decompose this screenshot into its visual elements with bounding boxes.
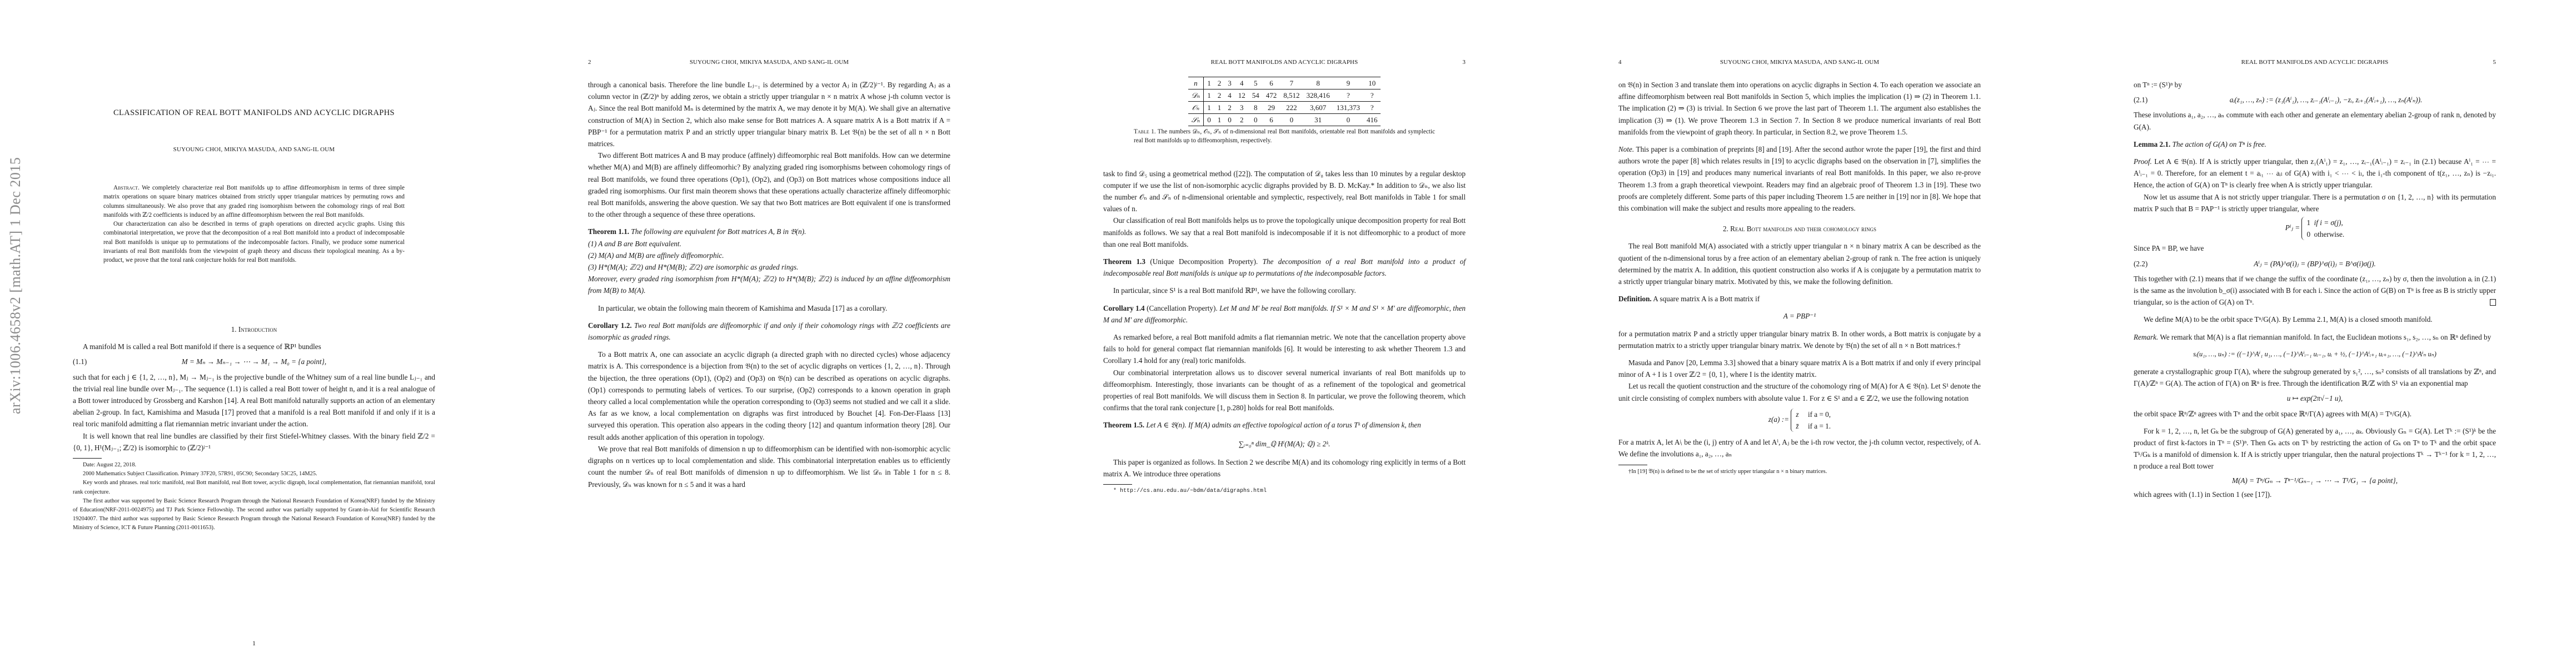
table-cell: 4 <box>1235 77 1249 89</box>
table-cell: 0 <box>1333 114 1363 126</box>
table-cell: 8 <box>1249 102 1263 114</box>
paragraph: Since PA = BP, we have <box>2134 242 2496 254</box>
corollary-label: Corollary 1.2. <box>588 321 632 330</box>
table-row-label: 𝒪ₙ <box>1188 102 1204 114</box>
table-cell: 222 <box>1280 102 1303 114</box>
table-caption: Table 1. The numbers 𝒟ₙ, 𝒪ₙ, 𝒮ₙ of n-dim… <box>1134 127 1435 146</box>
page-1: arXiv:1006.4658v2 [math.AT] 1 Dec 2015 C… <box>0 0 515 667</box>
definition-statement: A square matrix A is a Bott matrix if <box>1653 295 1760 303</box>
case-value: 1 <box>2306 218 2310 227</box>
theorem-name: (Unique Decomposition Property). <box>1150 257 1258 266</box>
theorem-1-1: Theorem 1.1. The following are equivalen… <box>588 226 950 237</box>
cases-brace: 1 if i = σ(j), 0 otherwise. <box>2301 217 2344 240</box>
table-cell: 0 <box>1280 114 1303 126</box>
paragraph: on Tⁿ := (S¹)ⁿ by <box>2134 79 2496 91</box>
footnote-divider <box>1103 484 1132 485</box>
table-cell: 10 <box>1363 77 1381 89</box>
remark-equation: sᵢ(u₁, …, uₙ) := ((−1)^Aⁱ₁ u₁, …, (−1)^A… <box>2134 349 2496 360</box>
theorem-1-3: Theorem 1.3 (Unique Decomposition Proper… <box>1103 256 1466 279</box>
footnotes: Date: August 22, 2018. 2000 Mathematics … <box>73 461 435 533</box>
table-caption-text: The numbers 𝒟ₙ, 𝒪ₙ, 𝒮ₙ of n-dimensional … <box>1134 128 1435 144</box>
table-row-label: 𝒟ₙ <box>1188 89 1204 102</box>
paragraph: This paper is organized as follows. In S… <box>1103 456 1466 480</box>
remark-label: Remark. <box>2134 333 2158 341</box>
corollary-1-4: Corollary 1.4 (Cancellation Property). L… <box>1103 302 1466 326</box>
section-heading-introduction: 1. Introduction <box>73 323 435 335</box>
paragraph: Two different Bott matrices A and B may … <box>588 150 950 220</box>
theorem-1-5: Theorem 1.5. Let A ∈ 𝔅(n). If M(A) admit… <box>1103 419 1466 431</box>
page-3: REAL BOTT MANIFOLDS AND ACYCLIC DIGRAPHS… <box>1030 0 1546 667</box>
arxiv-stamp[interactable]: arXiv:1006.4658v2 [math.AT] 1 Dec 2015 <box>7 136 24 414</box>
page-5-body: on Tⁿ := (S¹)ⁿ by (2.1) aᵢ(z₁, …, zₙ) :=… <box>2134 79 2496 500</box>
lemma-statement: The action of G(A) on Tⁿ is free. <box>2173 140 2266 148</box>
table-cell: 1 <box>1204 77 1214 89</box>
footnote: †In [19] 𝔅(n) is defined to be the set o… <box>1618 467 1981 476</box>
paper-authors: SUYOUNG CHOI, MIKIYA MASUDA, AND SANG-IL… <box>73 146 435 153</box>
case-value: 0 <box>2306 230 2310 238</box>
abstract-paragraph-2: Our characterization can also be describ… <box>103 220 405 265</box>
cases-equation: z(a) := z if a = 0, z̄ if a = 1. <box>1618 409 1981 432</box>
paragraph: We prove that real Bott manifolds of dim… <box>588 443 950 490</box>
definition-equation: A = PBP⁻¹ <box>1618 310 1981 322</box>
definition: Definition. A square matrix A is a Bott … <box>1618 293 1981 305</box>
paragraph: Our combinatorial interpretation allows … <box>1103 367 1466 414</box>
paragraph: for a permutation matrix P and a strictl… <box>1618 328 1981 351</box>
paragraph: Let us recall the quotient construction … <box>1618 380 1981 404</box>
paragraph: These involutions a₁, a₂, …, aₙ commute … <box>2134 109 2496 132</box>
abstract-label: Abstract. <box>113 185 139 191</box>
page-4: 4 SUYOUNG CHOI, MIKIYA MASUDA, AND SANG-… <box>1546 0 2061 667</box>
equation-label: (2.1) <box>2134 94 2148 106</box>
table-cell: 9 <box>1333 77 1363 89</box>
paragraph: As remarked before, a real Bott manifold… <box>1103 331 1466 367</box>
table-cell: 31 <box>1303 114 1333 126</box>
equation-1-1: (1.1) M = Mₙ → Mₙ₋₁ → ⋯ → M₁ → M₀ = {a p… <box>73 356 435 367</box>
paragraph: Now let us assume that A is not strictly… <box>2134 191 2496 215</box>
table-cell: 12 <box>1235 89 1249 102</box>
paragraph: We define M(A) to be the orbit space Tⁿ/… <box>2134 313 2496 325</box>
lemma-2-1: Lemma 2.1. The action of G(A) on Tⁿ is f… <box>2134 138 2496 150</box>
theorem-label: Theorem 1.1. <box>588 227 629 236</box>
table-cell: 5 <box>1249 77 1263 89</box>
table-cell: ? <box>1363 102 1381 114</box>
paragraph-text: This together with (2.1) means that if w… <box>2134 275 2496 306</box>
page-2: 2 SUYOUNG CHOI, MIKIYA MASUDA, AND SANG-… <box>515 0 1030 667</box>
case-condition: otherwise. <box>2314 230 2345 238</box>
case-value: z <box>1796 410 1798 419</box>
corollary-statement: Two real Bott manifolds are diffeomorphi… <box>588 321 950 341</box>
intro-body: 1. Introduction A manifold M is called a… <box>73 323 435 533</box>
qed-square-icon <box>2490 299 2496 306</box>
table-cell: 472 <box>1263 89 1280 102</box>
table-cell: 2 <box>1235 114 1249 126</box>
table-caption-label: Table 1. <box>1134 128 1156 135</box>
paragraph: which agrees with (1.1) in Section 1 (se… <box>2134 489 2496 500</box>
table-cell: 3,607 <box>1303 102 1333 114</box>
running-title: SUYOUNG CHOI, MIKIYA MASUDA, AND SANG-IL… <box>588 59 950 66</box>
remark-text: We remark that M(A) is a flat riemannian… <box>2160 333 2491 341</box>
equation-body: M = Mₙ → Mₙ₋₁ → ⋯ → M₁ → M₀ = {a point}, <box>73 356 435 367</box>
footnote-date: Date: August 22, 2018. <box>73 461 435 470</box>
table-cell: 0 <box>1249 114 1263 126</box>
paragraph: In particular, since S¹ is a real Bott m… <box>1103 285 1466 296</box>
page-5: REAL BOTT MANIFOLDS AND ACYCLIC DIGRAPHS… <box>2061 0 2576 667</box>
intro-paragraph-2: such that for each j ∈ {1, 2, …, n}, Mⱼ … <box>73 371 435 430</box>
table-row: 𝒟ₙ 1 2 4 12 54 472 8,512 328,416 ? ? <box>1188 89 1381 102</box>
table-cell: 1 <box>1214 102 1225 114</box>
remark: Remark. We remark that M(A) is a flat ri… <box>2134 331 2496 343</box>
equation-2-2: (2.2) Aⁱⱼ = (PA)^σ(i)ⱼ = (BP)^σ(i)ⱼ = B^… <box>2134 258 2496 270</box>
paragraph: For k = 1, 2, …, n, let Gₖ be the subgro… <box>2134 425 2496 472</box>
theorem-item-3: (3) H*(M(A); ℤ/2) and H*(M(B); ℤ/2) are … <box>588 261 950 273</box>
paragraph: In particular, we obtain the following m… <box>588 302 950 314</box>
footnote-divider <box>73 458 102 459</box>
table-cell: 4 <box>1224 89 1235 102</box>
theorem-item-1: (1) A and B are Bott equivalent. <box>588 238 950 250</box>
paragraph: Masuda and Panov [20, Lemma 3.3] showed … <box>1618 357 1981 380</box>
proof: Proof. Let A ∈ 𝔅(n). If A is strictly up… <box>2134 156 2496 191</box>
theorem-item-2: (2) M(A) and M(B) are affinely diffeomor… <box>588 250 950 261</box>
paragraph: on 𝔅(n) in Section 3 and translate them … <box>1618 79 1981 138</box>
table-cell: 2 <box>1214 89 1225 102</box>
equation-label: (1.1) <box>73 356 87 367</box>
case-condition: if a = 1. <box>1808 422 1831 430</box>
table-cell: 8,512 <box>1280 89 1303 102</box>
table-cell: 3 <box>1224 77 1235 89</box>
permutation-cases: Pⁱⱼ = 1 if i = σ(j), 0 otherwise. <box>2134 217 2496 240</box>
page-number: 1 <box>73 639 435 648</box>
theorem-moreover: Moreover, every graded ring isomorphism … <box>588 273 950 296</box>
table-cell: 2 <box>1224 102 1235 114</box>
equation-body: aᵢ(z₁, …, zₙ) := (z₁(Aⁱ₁), …, zᵢ₋₁(Aⁱᵢ₋₁… <box>2134 94 2496 106</box>
note-label: Note. <box>1618 145 1634 153</box>
paragraph: task to find 𝒟₅ using a geometrical meth… <box>1103 168 1466 215</box>
table-row-label: 𝒮ₙ <box>1188 114 1204 126</box>
equation-2-1: (2.1) aᵢ(z₁, …, zₙ) := (z₁(Aⁱ₁), …, zᵢ₋₁… <box>2134 94 2496 106</box>
table-cell: 54 <box>1249 89 1263 102</box>
table-1: n 1 2 3 4 5 6 7 8 9 10 𝒟ₙ 1 2 4 12 54 47… <box>1188 77 1381 126</box>
case-value: z̄ <box>1796 422 1798 430</box>
table-row: 𝒮ₙ 0 1 0 2 0 6 0 31 0 416 <box>1188 114 1381 126</box>
table-cell: ? <box>1333 89 1363 102</box>
paragraph: Our classification of real Bott manifold… <box>1103 215 1466 250</box>
equation-body: Aⁱⱼ = (PA)^σ(i)ⱼ = (BP)^σ(i)ⱼ = B^σ(i)σ(… <box>2134 258 2496 270</box>
running-title: REAL BOTT MANIFOLDS AND ACYCLIC DIGRAPHS <box>2134 59 2496 66</box>
paragraph: For a matrix A, let Aʲᵢ be the (i, j) en… <box>1618 436 1981 460</box>
theorem-label: Theorem 1.5. <box>1103 421 1144 429</box>
cases-lhs: Pⁱⱼ = <box>2285 223 2300 232</box>
table-row: 𝒪ₙ 1 1 2 3 8 29 222 3,607 131,373 ? <box>1188 102 1381 114</box>
table-cell: 7 <box>1280 77 1303 89</box>
proof-text: Let A ∈ 𝔅(n). If A is strictly upper tri… <box>2134 157 2496 189</box>
table-cell: 8 <box>1303 77 1333 89</box>
equation-label: (2.2) <box>2134 258 2148 270</box>
note: Note. This paper is a combination of pre… <box>1618 143 1981 214</box>
page-number: 3 <box>1462 59 1466 66</box>
theorem-statement: The following are equivalent for Bott ma… <box>631 227 806 236</box>
intro-paragraph-1: A manifold M is called a real Bott manif… <box>73 341 435 352</box>
table-cell: 6 <box>1263 114 1280 126</box>
cases-brace: z if a = 0, z̄ if a = 1. <box>1791 409 1831 432</box>
paragraph: To a Bott matrix A, one can associate an… <box>588 349 950 443</box>
table-header-row: n 1 2 3 4 5 6 7 8 9 10 <box>1188 77 1381 89</box>
page-2-body: through a canonical basis. Therefore the… <box>588 79 950 490</box>
page-4-body: on 𝔅(n) in Section 3 and translate them … <box>1618 79 1981 476</box>
table-cell: 2 <box>1214 77 1225 89</box>
cases-lhs: z(a) := <box>1768 415 1789 424</box>
footnote-keywords: Key words and phrases. real toric manifo… <box>73 479 435 496</box>
table-cell: 0 <box>1224 114 1235 126</box>
table-cell: 416 <box>1363 114 1381 126</box>
paragraph: This together with (2.1) means that if w… <box>2134 273 2496 308</box>
footnote-support: The first author was supported by Basic … <box>73 497 435 533</box>
paper-title: CLASSIFICATION OF REAL BOTT MANIFOLDS AN… <box>73 107 435 119</box>
page-number: 5 <box>2493 59 2496 66</box>
note-text: This paper is a combination of preprints… <box>1618 145 1981 212</box>
case-condition: if i = σ(j), <box>2314 218 2343 227</box>
theorem-1-5-equation: ∑ᵢ₌₀ⁿ dim_ℚ Hⁱ(M(A); ℚ) ≥ 2ᵏ. <box>1103 438 1466 450</box>
abstract: Abstract. We completely characterize rea… <box>103 183 405 265</box>
table-cell: n <box>1188 77 1204 89</box>
table-cell: 29 <box>1263 102 1280 114</box>
footnote-url[interactable]: * http://cs.anu.edu.au/~bdm/data/digraph… <box>1103 487 1466 496</box>
section-heading-2: 2. Real Bott manifolds and their cohomol… <box>1618 223 1981 235</box>
lemma-label: Lemma 2.1. <box>2134 140 2170 148</box>
exp-map-equation: u ↦ exp(2π√−1 u), <box>2134 392 2496 404</box>
table-cell: ? <box>1363 89 1381 102</box>
table-cell: 6 <box>1263 77 1280 89</box>
corollary-1-2: Corollary 1.2. Two real Bott manifolds a… <box>588 320 950 343</box>
paragraph: The real Bott manifold M(A) associated w… <box>1618 240 1981 287</box>
table-cell: 0 <box>1204 114 1214 126</box>
intro-paragraph-3: It is well known that real line bundles … <box>73 430 435 454</box>
abstract-paragraph-1: We completely characterize real Bott man… <box>103 185 405 218</box>
corollary-name: (Cancellation Property). <box>1147 304 1218 312</box>
page-3-body: n 1 2 3 4 5 6 7 8 9 10 𝒟ₙ 1 2 4 12 54 47… <box>1103 77 1466 496</box>
running-title: SUYOUNG CHOI, MIKIYA MASUDA, AND SANG-IL… <box>1618 59 1981 66</box>
table-cell: 3 <box>1235 102 1249 114</box>
table-cell: 1 <box>1204 102 1214 114</box>
tower-equation: M(A) = Tⁿ/Gₙ → Tⁿ⁻¹/Gₙ₋₁ → ⋯ → T¹/G₁ → {… <box>2134 475 2496 486</box>
proof-label: Proof. <box>2134 157 2152 166</box>
theorem-label: Theorem 1.3 <box>1103 257 1145 266</box>
paragraph: the orbit space ℝⁿ/ℤⁿ agrees with Tⁿ and… <box>2134 408 2496 420</box>
footnote-divider <box>1618 465 1647 465</box>
table-cell: 1 <box>1214 114 1225 126</box>
paragraph: through a canonical basis. Therefore the… <box>588 79 950 150</box>
theorem-statement: Let A ∈ 𝔅(n). If M(A) admits an effectiv… <box>1146 421 1421 429</box>
running-title: REAL BOTT MANIFOLDS AND ACYCLIC DIGRAPHS <box>1103 59 1466 66</box>
table-cell: 1 <box>1204 89 1214 102</box>
table-cell: 328,416 <box>1303 89 1333 102</box>
table-cell: 131,373 <box>1333 102 1363 114</box>
case-condition: if a = 0, <box>1808 410 1831 419</box>
footnote-msc: 2000 Mathematics Subject Classification.… <box>73 470 435 479</box>
corollary-label: Corollary 1.4 <box>1103 304 1145 312</box>
paragraph: generate a crystallographic group Γ(A), … <box>2134 366 2496 389</box>
definition-label: Definition. <box>1618 295 1652 303</box>
